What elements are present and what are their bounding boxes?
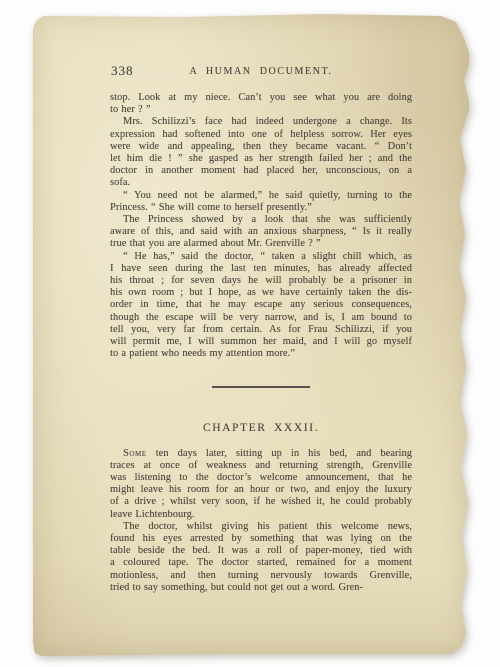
text-line: to her ? ”	[110, 104, 412, 116]
text-line: Princess. “ She will come to herself pre…	[110, 202, 412, 214]
text-line: his throat ; for seven days he will prob…	[110, 275, 412, 287]
paragraph: Mrs. Schilizzi’s face had indeed undergo…	[110, 116, 412, 189]
running-title: A HUMAN DOCUMENT.	[110, 66, 412, 77]
text-line: tried to say something, but could not ge…	[110, 582, 412, 594]
paper-shadow-wrap: 338 A HUMAN DOCUMENT. stop. Look at my n…	[0, 0, 500, 667]
text-line: to a patient who needs my attention more…	[110, 348, 412, 360]
text-line: “ You need not be alarmed,” he said quie…	[110, 190, 412, 202]
scan-background: 338 A HUMAN DOCUMENT. stop. Look at my n…	[0, 0, 500, 667]
text-line: stop. Look at my niece. Can’t you see wh…	[110, 92, 412, 104]
text-line: true that you are alarmed about Mr. Gren…	[110, 238, 412, 250]
text-line: I have seen during the last ten minutes,…	[110, 263, 412, 275]
small-caps-lead: Some	[123, 448, 147, 459]
text-line: a coloured tape. The doctor started, rem…	[110, 557, 412, 569]
text-line: The Princess showed by a look that she w…	[110, 214, 412, 226]
text-line: Some ten days later, sitting up in his b…	[110, 448, 412, 460]
text-line: will permit me, I will summon her maid, …	[110, 336, 412, 348]
paragraph: The doctor, whilst giving his patient th…	[110, 521, 412, 594]
text-line: let him die ! ” she gasped as her streng…	[110, 153, 412, 165]
text-line: doctor in another moment had placed her,…	[110, 165, 412, 177]
text-line: was listening to the doctor’s welcome an…	[110, 472, 412, 484]
text-line: expression had softened into one of help…	[110, 129, 412, 141]
text-line: sofa.	[110, 177, 412, 189]
text-line: The doctor, whilst giving his patient th…	[110, 521, 412, 533]
page-header: 338 A HUMAN DOCUMENT.	[110, 63, 412, 79]
text-line: tell you, very far from certain. As for …	[110, 324, 412, 336]
paragraph: Some ten days later, sitting up in his b…	[110, 448, 412, 521]
paragraph: stop. Look at my niece. Can’t you see wh…	[110, 92, 412, 116]
paragraph: The Princess showed by a look that she w…	[110, 214, 412, 251]
text-line: were wide and appealing, then they becam…	[110, 141, 412, 153]
text-line: his own room ; but I hope, as we have ce…	[110, 287, 412, 299]
text-line: Mrs. Schilizzi’s face had indeed undergo…	[110, 116, 412, 128]
text-line: motionless, and then turning nervously t…	[110, 570, 412, 582]
text-line: aware of this, and said with an anxious …	[110, 226, 412, 238]
section-divider-rule	[212, 386, 310, 387]
text-line: though the escape will be very narrow, a…	[110, 312, 412, 324]
book-page: 338 A HUMAN DOCUMENT. stop. Look at my n…	[33, 14, 469, 656]
text-line: leave Lichtenbourg.	[110, 509, 412, 521]
text-line: traces at once of weakness and returning…	[110, 460, 412, 472]
text-line: might leave his room for an hour or two,…	[110, 484, 412, 496]
paragraph: “ He has,” said the doctor, “ taken a sl…	[110, 251, 412, 361]
text-line: “ He has,” said the doctor, “ taken a sl…	[110, 251, 412, 263]
text-line: of a drive ; whilst very soon, if he wis…	[110, 496, 412, 508]
text-line: order in time, that he may escape any se…	[110, 299, 412, 311]
chapter-heading: CHAPTER XXXII.	[110, 421, 412, 435]
text-line: found his eyes arrested by something tha…	[110, 533, 412, 545]
text-line: table beside the bed. It was a roll of p…	[110, 545, 412, 557]
paragraph-group-top: stop. Look at my niece. Can’t you see wh…	[110, 92, 412, 360]
text-block: stop. Look at my niece. Can’t you see wh…	[110, 92, 412, 594]
paragraph: “ You need not be alarmed,” he said quie…	[110, 190, 412, 214]
paragraph-group-chapter: Some ten days later, sitting up in his b…	[110, 448, 412, 594]
